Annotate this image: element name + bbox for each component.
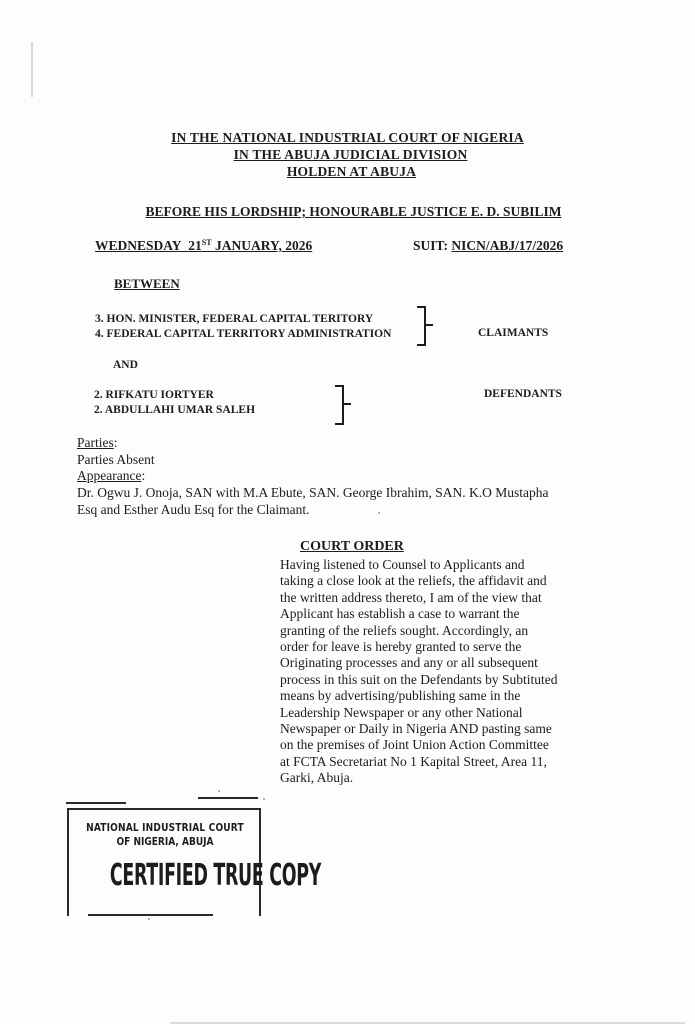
appearance-line: Esq and Esther Audu Esq for the Claimant…: [77, 502, 677, 519]
court-order-line: the written address thereto, I am of the…: [280, 590, 610, 606]
defendant-item: 2. RIFKATU IORTYER: [94, 388, 214, 402]
parties-value: Parties Absent: [77, 452, 155, 469]
court-order-line: taking a close look at the reliefs, the …: [280, 573, 610, 589]
stamp-line: [198, 797, 258, 799]
court-order-line: on the premises of Joint Union Action Co…: [280, 737, 610, 753]
parties-label: Parties:: [77, 435, 118, 452]
stamp-signature-line: [88, 914, 213, 916]
court-order-line: Garki, Abuja.: [280, 770, 610, 786]
stamp-line: [66, 802, 126, 804]
and-label: AND: [113, 359, 138, 371]
court-name-heading: IN THE NATIONAL INDUSTRIAL COURT OF NIGE…: [0, 129, 695, 146]
holden-heading: HOLDEN AT ABUJA: [4, 163, 695, 180]
court-order-title: COURT ORDER: [300, 539, 404, 555]
defendants-brace-tick: [343, 403, 351, 405]
claimants-role: CLAIMANTS: [478, 327, 548, 339]
suit-number: SUIT: NICN/ABJ/17/2026: [413, 238, 563, 254]
court-order-line: Newspaper or Daily in Nigeria AND pastin…: [280, 721, 610, 737]
ink-speck: [218, 790, 220, 792]
court-order-line: Having listened to Counsel to Applicants…: [280, 557, 610, 573]
suit-number-value: NICN/ABJ/17/2026: [451, 238, 563, 253]
court-order-line: means by advertising/publishing same in …: [280, 688, 610, 704]
ink-speck: [148, 918, 150, 920]
court-order-line: granting of the reliefs sought. Accordin…: [280, 623, 610, 639]
date-day: 21: [188, 238, 202, 253]
page-edge-mark: [31, 42, 33, 97]
suit-label: SUIT:: [413, 238, 448, 253]
court-order-line: at FCTA Secretariat No 1 Kapital Street,…: [280, 754, 610, 770]
defendants-brace: [335, 385, 344, 425]
court-order-body: Having listened to Counsel to Applicants…: [280, 557, 610, 787]
defendants-role: DEFENDANTS: [484, 388, 562, 400]
claimants-brace-tick: [425, 324, 433, 326]
date-weekday: WEDNESDAY: [95, 238, 182, 253]
stamp-certified-true-copy: CERTIFIED TRUE COPY: [110, 856, 220, 896]
stamp-court-name: NATIONAL INDUSTRIAL COURT: [83, 822, 246, 834]
between-label: BETWEEN: [114, 276, 180, 292]
court-order-line: Originating processes and any or all sub…: [280, 655, 610, 671]
date-month-year: JANUARY, 2026: [215, 238, 312, 253]
claimant-item: 4. FEDERAL CAPITAL TERRITORY ADMINISTRAT…: [95, 327, 391, 341]
hearing-date: WEDNESDAY 21ST JANUARY, 2026: [95, 238, 312, 254]
appearance-text: Dr. Ogwu J. Onoja, SAN with M.A Ebute, S…: [77, 485, 677, 518]
defendant-item: 2. ABDULLAHI UMAR SALEH: [94, 403, 255, 417]
date-suffix: ST: [202, 238, 212, 247]
court-order-line: Leadership Newspaper or any other Nation…: [280, 705, 610, 721]
court-order-line: process in this suit on the Defendants b…: [280, 672, 610, 688]
claimant-item: 3. HON. MINISTER, FEDERAL CAPITAL TERITO…: [95, 312, 373, 326]
ink-speck: [263, 798, 265, 800]
stamp-location: OF NIGERIA, ABUJA: [83, 836, 246, 848]
court-order-line: Applicant has establish a case to warran…: [280, 606, 610, 622]
appearance-label: Appearance:: [77, 468, 145, 485]
judge-heading: BEFORE HIS LORDSHIP; HONOURABLE JUSTICE …: [6, 204, 695, 220]
court-order-line: order for leave is hereby granted to ser…: [280, 639, 610, 655]
appearance-line: Dr. Ogwu J. Onoja, SAN with M.A Ebute, S…: [77, 485, 677, 502]
claimants-brace: [417, 306, 426, 346]
division-heading: IN THE ABUJA JUDICIAL DIVISION: [3, 146, 695, 163]
ink-speck: [378, 512, 380, 514]
